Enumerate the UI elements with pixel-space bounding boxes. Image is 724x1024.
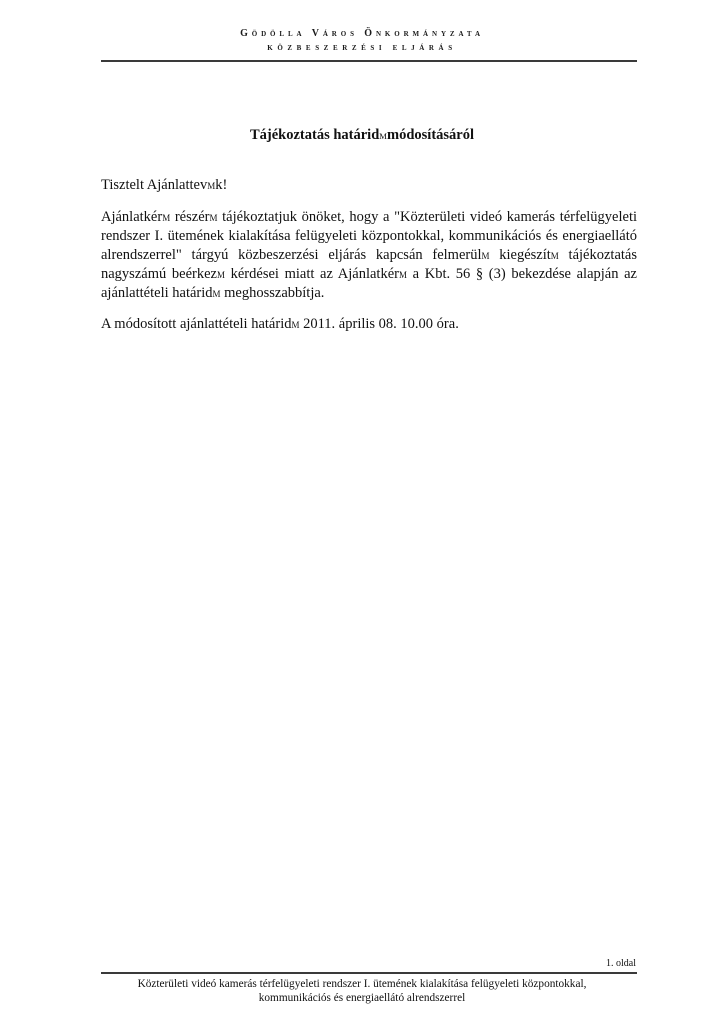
- footer-line-2: kommunikációs és energiaellátó alrendsze…: [0, 991, 724, 1005]
- glyph-run: M: [482, 251, 490, 261]
- text-run: kiegészít: [490, 247, 551, 263]
- glyph-run: M: [399, 270, 407, 280]
- glyph-run: M: [217, 270, 225, 280]
- text-run: 2011. április 08. 10.00 óra.: [299, 316, 458, 332]
- text-run: A módosított ajánlattételi határid: [101, 316, 291, 332]
- text-run: Ajánlatkér: [101, 209, 162, 225]
- title-text: Tájékoztatás határid: [250, 127, 379, 143]
- body-paragraph-2: A módosított ajánlattételi határidM 2011…: [101, 315, 637, 334]
- glyph-run: M: [213, 289, 221, 299]
- text-run: részér: [170, 209, 209, 225]
- salutation-text: Tisztelt Ajánlattev: [101, 177, 207, 193]
- document-title: Tájékoztatás határidMmódosításáról: [0, 127, 724, 144]
- glyph-run: M: [551, 251, 559, 261]
- salutation-text: k!: [215, 177, 227, 193]
- body-paragraph-1: AjánlatkérM részérM tájékoztatjuk önöket…: [101, 208, 637, 303]
- page-number: 1. oldal: [606, 958, 636, 969]
- footer-line-1: Közterületi videó kamerás térfelügyeleti…: [0, 977, 724, 991]
- header-subtitle: KÖZBESZERZÉSI ELJÁRÁS: [0, 44, 724, 52]
- title-glyph: M: [379, 131, 387, 141]
- salutation-glyph: M: [207, 181, 215, 191]
- header-rule: [101, 60, 637, 62]
- document-page: Gödölla Város Önkormányzata KÖZBESZERZÉS…: [0, 0, 724, 1024]
- title-text: módosításáról: [387, 127, 474, 143]
- text-run: kérdései miatt az Ajánlatkér: [225, 266, 399, 282]
- footer-rule: [101, 972, 637, 974]
- salutation: Tisztelt AjánlattevMk!: [101, 177, 227, 194]
- text-run: meghosszabbítja.: [221, 285, 325, 301]
- glyph-run: M: [162, 213, 170, 223]
- footer-text: Közterületi videó kamerás térfelügyeleti…: [0, 977, 724, 1005]
- header-organization: Gödölla Város Önkormányzata: [0, 28, 724, 39]
